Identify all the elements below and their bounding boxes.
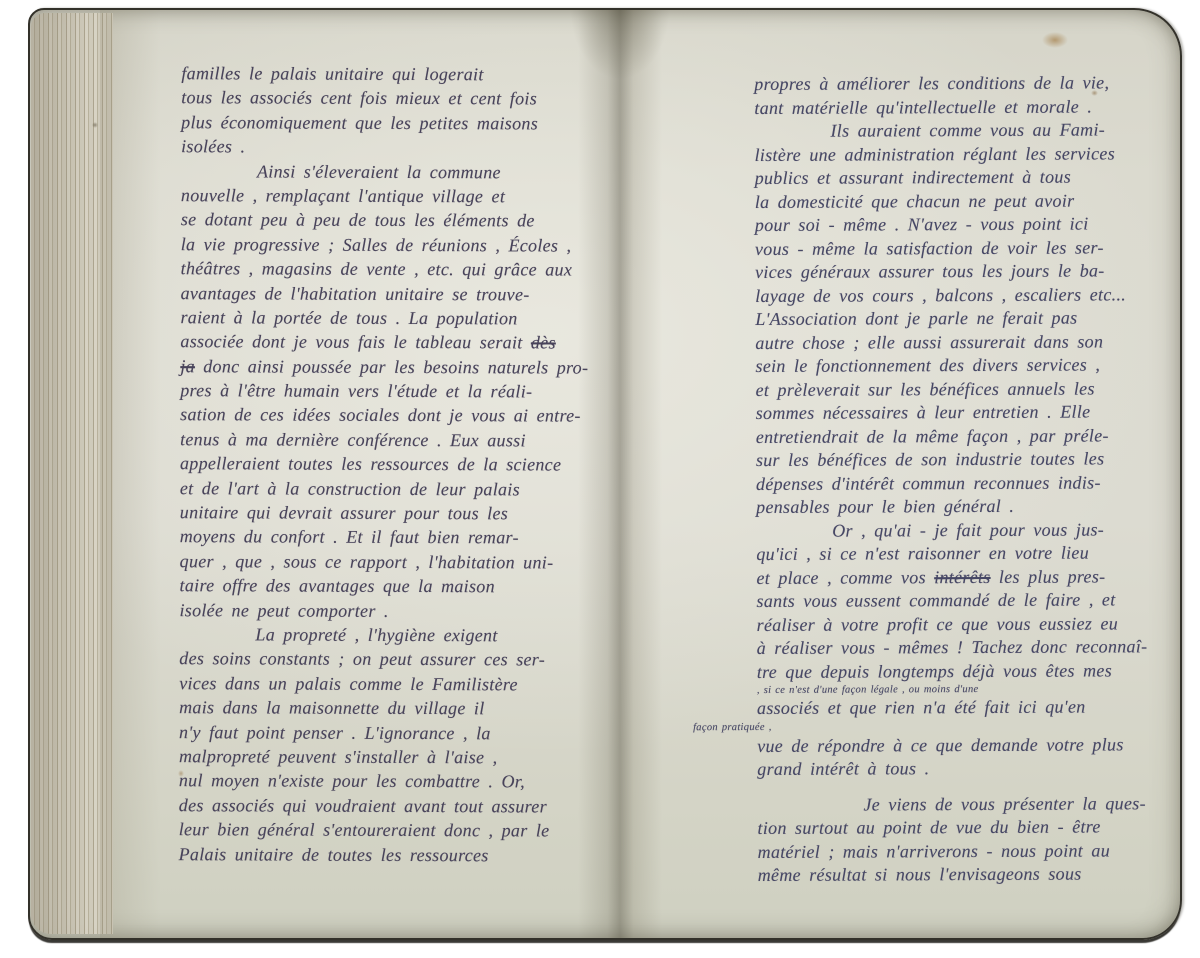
manuscript-line: se dotant peu à peu de tous les éléments… <box>181 208 655 234</box>
manuscript-line: appelleraient toutes les ressources de l… <box>180 451 654 477</box>
handwritten-text: malpropreté peuvent s'installer à l'aise… <box>179 746 498 767</box>
handwritten-text: et prèleverait sur les bénéfices annuels… <box>756 378 1095 399</box>
manuscript-line: même résultat si nous l'envisageons sous <box>758 862 1200 887</box>
handwritten-text: des soins constants ; on peut assurer ce… <box>179 649 545 670</box>
manuscript-line: associés et que rien n'a été fait ici qu… <box>757 695 1200 720</box>
handwritten-text: sation de ces idées sociales dont je vou… <box>180 405 581 426</box>
handwritten-text: appelleraient toutes les ressources de l… <box>180 453 561 474</box>
manuscript-line: sur les bénéfices de son industrie toute… <box>756 447 1200 472</box>
handwritten-text: taire offre des avantages que la maison <box>180 575 495 596</box>
handwritten-text: avantages de l'habitation unitaire se tr… <box>181 283 530 304</box>
handwritten-text: vices dans un palais comme le Familistèr… <box>179 673 518 694</box>
manuscript-line: tion surtout au point de vue du bien - ê… <box>757 815 1200 840</box>
manuscript-line: dépenses d'intérêt commun reconnues indi… <box>756 471 1200 496</box>
handwritten-text: tre que depuis longtemps déjà vous êtes … <box>757 660 1112 682</box>
handwritten-text: se dotant peu à peu de tous les éléments… <box>181 210 535 231</box>
handwritten-text: , si ce n'est d'une façon légale , ou mo… <box>757 684 979 696</box>
handwritten-text: grand intérêt à tous . <box>757 758 929 779</box>
open-book: familles le palais unitaire qui logerait… <box>28 8 1182 940</box>
manuscript-line: vue de répondre à ce que demande votre p… <box>757 733 1200 758</box>
handwritten-text: vous - même la satisfaction de voir les … <box>755 237 1104 259</box>
handwritten-text: matériel ; mais n'arriverons - nous poin… <box>758 840 1110 862</box>
handwritten-text: et de l'art à la construction de leur pa… <box>180 478 520 499</box>
handwritten-text: listère une administration réglant les s… <box>755 143 1115 165</box>
handwritten-text: vices généraux assurer tous les jours le… <box>755 260 1105 282</box>
handwritten-text: Ils auraient comme vous au Fami- <box>830 119 1105 140</box>
struck-out-text: dès <box>531 333 556 353</box>
manuscript-line: unitaire qui devrait assurer pour tous l… <box>180 500 654 526</box>
manuscript-line: autre chose ; elle aussi assurerait dans… <box>755 330 1200 355</box>
handwritten-text: Ainsi s'éleveraient la commune <box>257 161 501 182</box>
manuscript-line: propres à améliorer les conditions de la… <box>754 71 1200 96</box>
manuscript-line: et place , comme vos intérêts les plus p… <box>756 565 1200 590</box>
manuscript-line: tre que depuis longtemps déjà vous êtes … <box>757 659 1200 684</box>
manuscript-line: tenus à ma dernière conférence . Eux aus… <box>180 427 654 453</box>
handwritten-text: autre chose ; elle aussi assurerait dans… <box>755 331 1103 353</box>
handwritten-text: n'y faut point penser . L'ignorance , la <box>179 722 491 743</box>
manuscript-line: vous - même la satisfaction de voir les … <box>755 236 1200 261</box>
manuscript-line: la domesticité que chacun ne peut avoir <box>755 189 1200 214</box>
struck-out-text: intérêts <box>934 566 990 586</box>
handwritten-text: raient à la portée de tous . La populati… <box>180 307 517 328</box>
manuscript-line: avantages de l'habitation unitaire se tr… <box>181 281 655 307</box>
handwritten-text: unitaire qui devrait assurer pour tous l… <box>180 502 508 523</box>
manuscript-line: malpropreté peuvent s'installer à l'aise… <box>179 744 653 770</box>
paper-speck <box>92 122 98 128</box>
left-page-handwriting: familles le palais unitaire qui logerait… <box>179 61 656 868</box>
handwritten-text: leur bien général s'entoureraient donc ,… <box>179 819 550 840</box>
handwritten-text: tenus à ma dernière conférence . Eux aus… <box>180 429 526 450</box>
manuscript-line: grand intérêt à tous . <box>757 756 1200 781</box>
handwritten-text: réaliser à votre profit ce que vous euss… <box>757 613 1118 635</box>
handwritten-text: théâtres , magasins de vente , etc. qui … <box>181 258 573 279</box>
handwritten-text: tous les associés cent fois mieux et cen… <box>181 88 537 109</box>
handwritten-text: même résultat si nous l'envisageons sous <box>758 864 1082 885</box>
manuscript-line: L'Association dont je parle ne ferait pa… <box>755 306 1200 331</box>
manuscript-line: isolée ne peut comporter . <box>179 598 653 624</box>
manuscript-line: pensables pour le bien général . <box>756 494 1200 519</box>
handwritten-text: sommes nécessaires à leur entretien . El… <box>756 402 1091 423</box>
handwritten-text: pour soi - même . N'avez - vous point ic… <box>755 214 1089 235</box>
manuscript-line: Je viens de vous présenter la ques- <box>757 792 1200 817</box>
manuscript-photo: familles le palais unitaire qui logerait… <box>0 0 1200 958</box>
handwritten-text: mais dans la maisonnette du village il <box>179 697 484 718</box>
manuscript-line: sein le fonctionnement des divers servic… <box>755 353 1200 378</box>
manuscript-line: sation de ces idées sociales dont je vou… <box>180 403 654 429</box>
paper-stain <box>1042 32 1068 48</box>
manuscript-line: la vie progressive ; Salles de réunions … <box>181 232 655 258</box>
manuscript-line: isolées . <box>181 134 655 160</box>
manuscript-line: tous les associés cent fois mieux et cen… <box>181 86 655 112</box>
manuscript-line: layage de vos cours , balcons , escalier… <box>755 283 1200 308</box>
handwritten-text: des associés qui voudraient avant tout a… <box>179 795 547 816</box>
struck-out-text: ja <box>180 356 195 376</box>
manuscript-line: sants vous eussent commandé de le faire … <box>756 588 1200 613</box>
handwritten-text: Je viens de vous présenter la ques- <box>863 793 1146 814</box>
manuscript-line: ja donc ainsi poussée par les besoins na… <box>180 354 654 380</box>
handwritten-text: les plus pres- <box>991 566 1106 587</box>
manuscript-line: Ainsi s'éleveraient la commune <box>181 159 655 185</box>
handwritten-text: sein le fonctionnement des divers servic… <box>755 354 1100 376</box>
handwritten-text: pensables pour le bien général . <box>756 496 1014 517</box>
handwritten-text: associés et que rien n'a été fait ici qu… <box>757 697 1086 718</box>
manuscript-line: Or , qu'ai - je fait pour vous jus- <box>756 518 1200 543</box>
manuscript-line: pour soi - même . N'avez - vous point ic… <box>755 212 1200 237</box>
manuscript-line: listère une administration réglant les s… <box>755 142 1200 167</box>
manuscript-line: Ils auraient comme vous au Fami- <box>754 118 1200 143</box>
manuscript-line: mais dans la maisonnette du village il <box>179 695 653 721</box>
manuscript-line: des associés qui voudraient avant tout a… <box>179 793 653 819</box>
manuscript-line: associée dont je vous fais le tableau se… <box>180 329 654 355</box>
handwritten-text: façon pratiquée , <box>693 721 772 732</box>
handwritten-text: la vie progressive ; Salles de réunions … <box>181 234 572 255</box>
handwritten-text: Or , qu'ai - je fait pour vous jus- <box>832 519 1104 540</box>
handwritten-text: plus économiquement que les petites mais… <box>181 112 538 133</box>
handwritten-text: tion surtout au point de vue du bien - ê… <box>757 816 1100 837</box>
manuscript-line: leur bien général s'entoureraient donc ,… <box>179 817 653 843</box>
manuscript-line: vices généraux assurer tous les jours le… <box>755 259 1200 284</box>
manuscript-line: entretiendrait de la même façon , par pr… <box>756 424 1200 449</box>
manuscript-line: n'y faut point penser . L'ignorance , la <box>179 720 653 746</box>
manuscript-line: plus économiquement que les petites mais… <box>181 110 655 136</box>
handwritten-text: à réaliser vous - mêmes ! Tachez donc re… <box>757 636 1148 658</box>
handwritten-text: pres à l'être humain vers l'étude et la … <box>180 380 532 401</box>
manuscript-line: nouvelle , remplaçant l'antique village … <box>181 183 655 209</box>
manuscript-line: publics et assurant indirectement à tous <box>755 165 1200 190</box>
manuscript-line: à réaliser vous - mêmes ! Tachez donc re… <box>757 635 1200 660</box>
handwritten-text: familles le palais unitaire qui logerait <box>181 63 483 84</box>
manuscript-line: matériel ; mais n'arriverons - nous poin… <box>758 839 1200 864</box>
manuscript-line: qu'ici , si ce n'est raisonner en votre … <box>756 541 1200 566</box>
handwritten-text: donc ainsi poussée par les besoins natur… <box>195 356 588 377</box>
manuscript-line: théâtres , magasins de vente , etc. qui … <box>181 256 655 282</box>
handwritten-text: sants vous eussent commandé de le faire … <box>756 589 1115 611</box>
manuscript-line: quer , que , sous ce rapport , l'habitat… <box>180 549 654 575</box>
manuscript-line: familles le palais unitaire qui logerait <box>181 61 655 87</box>
handwritten-text: dépenses d'intérêt commun reconnues indi… <box>756 472 1101 494</box>
handwritten-text: moyens du confort . Et il faut bien rema… <box>180 527 519 548</box>
manuscript-line: tant matérielle qu'intellectuelle et mor… <box>754 95 1200 120</box>
manuscript-line: pres à l'être humain vers l'étude et la … <box>180 378 654 404</box>
handwritten-text: L'Association dont je parle ne ferait pa… <box>755 308 1077 329</box>
manuscript-line: et de l'art à la construction de leur pa… <box>180 476 654 502</box>
handwritten-text: entretiendrait de la même façon , par pr… <box>756 425 1109 447</box>
manuscript-line: réaliser à votre profit ce que vous euss… <box>757 612 1200 637</box>
handwritten-text: vue de répondre à ce que demande votre p… <box>757 734 1124 756</box>
manuscript-line: nul moyen n'existe pour les combattre . … <box>179 768 653 794</box>
manuscript-line: sommes nécessaires à leur entretien . El… <box>756 400 1200 425</box>
page-edges-shadow <box>100 10 160 938</box>
handwritten-text: nouvelle , remplaçant l'antique village … <box>181 185 505 206</box>
manuscript-line: La propreté , l'hygiène exigent <box>179 622 653 648</box>
handwritten-text: Palais unitaire de toutes les ressources <box>179 844 489 865</box>
right-page-handwriting: propres à améliorer les conditions de la… <box>754 71 1200 887</box>
handwritten-text: La propreté , l'hygiène exigent <box>255 624 497 645</box>
manuscript-line: des soins constants ; on peut assurer ce… <box>179 647 653 673</box>
handwritten-text: propres à améliorer les conditions de la… <box>754 72 1109 94</box>
manuscript-line: vices dans un palais comme le Familistèr… <box>179 671 653 697</box>
handwritten-text: isolée ne peut comporter . <box>179 600 388 621</box>
handwritten-text: tant matérielle qu'intellectuelle et mor… <box>754 96 1092 117</box>
handwritten-text: nul moyen n'existe pour les combattre . … <box>179 770 525 791</box>
handwritten-text: layage de vos cours , balcons , escalier… <box>755 284 1126 306</box>
manuscript-line: raient à la portée de tous . La populati… <box>180 305 654 331</box>
handwritten-text: la domesticité que chacun ne peut avoir <box>755 190 1075 211</box>
handwritten-text: et place , comme vos <box>756 567 934 588</box>
handwritten-text: isolées . <box>181 136 245 156</box>
handwritten-text: associée dont je vous fais le tableau se… <box>180 331 531 352</box>
handwritten-text: publics et assurant indirectement à tous <box>755 167 1071 188</box>
manuscript-line: et prèleverait sur les bénéfices annuels… <box>756 377 1200 402</box>
manuscript-line: moyens du confort . Et il faut bien rema… <box>180 525 654 551</box>
manuscript-line: Palais unitaire de toutes les ressources <box>179 842 653 868</box>
handwritten-text: sur les bénéfices de son industrie toute… <box>756 448 1105 470</box>
handwritten-text: quer , que , sous ce rapport , l'habitat… <box>180 551 554 572</box>
handwritten-text: qu'ici , si ce n'est raisonner en votre … <box>756 543 1089 564</box>
manuscript-line: taire offre des avantages que la maison <box>180 573 654 599</box>
